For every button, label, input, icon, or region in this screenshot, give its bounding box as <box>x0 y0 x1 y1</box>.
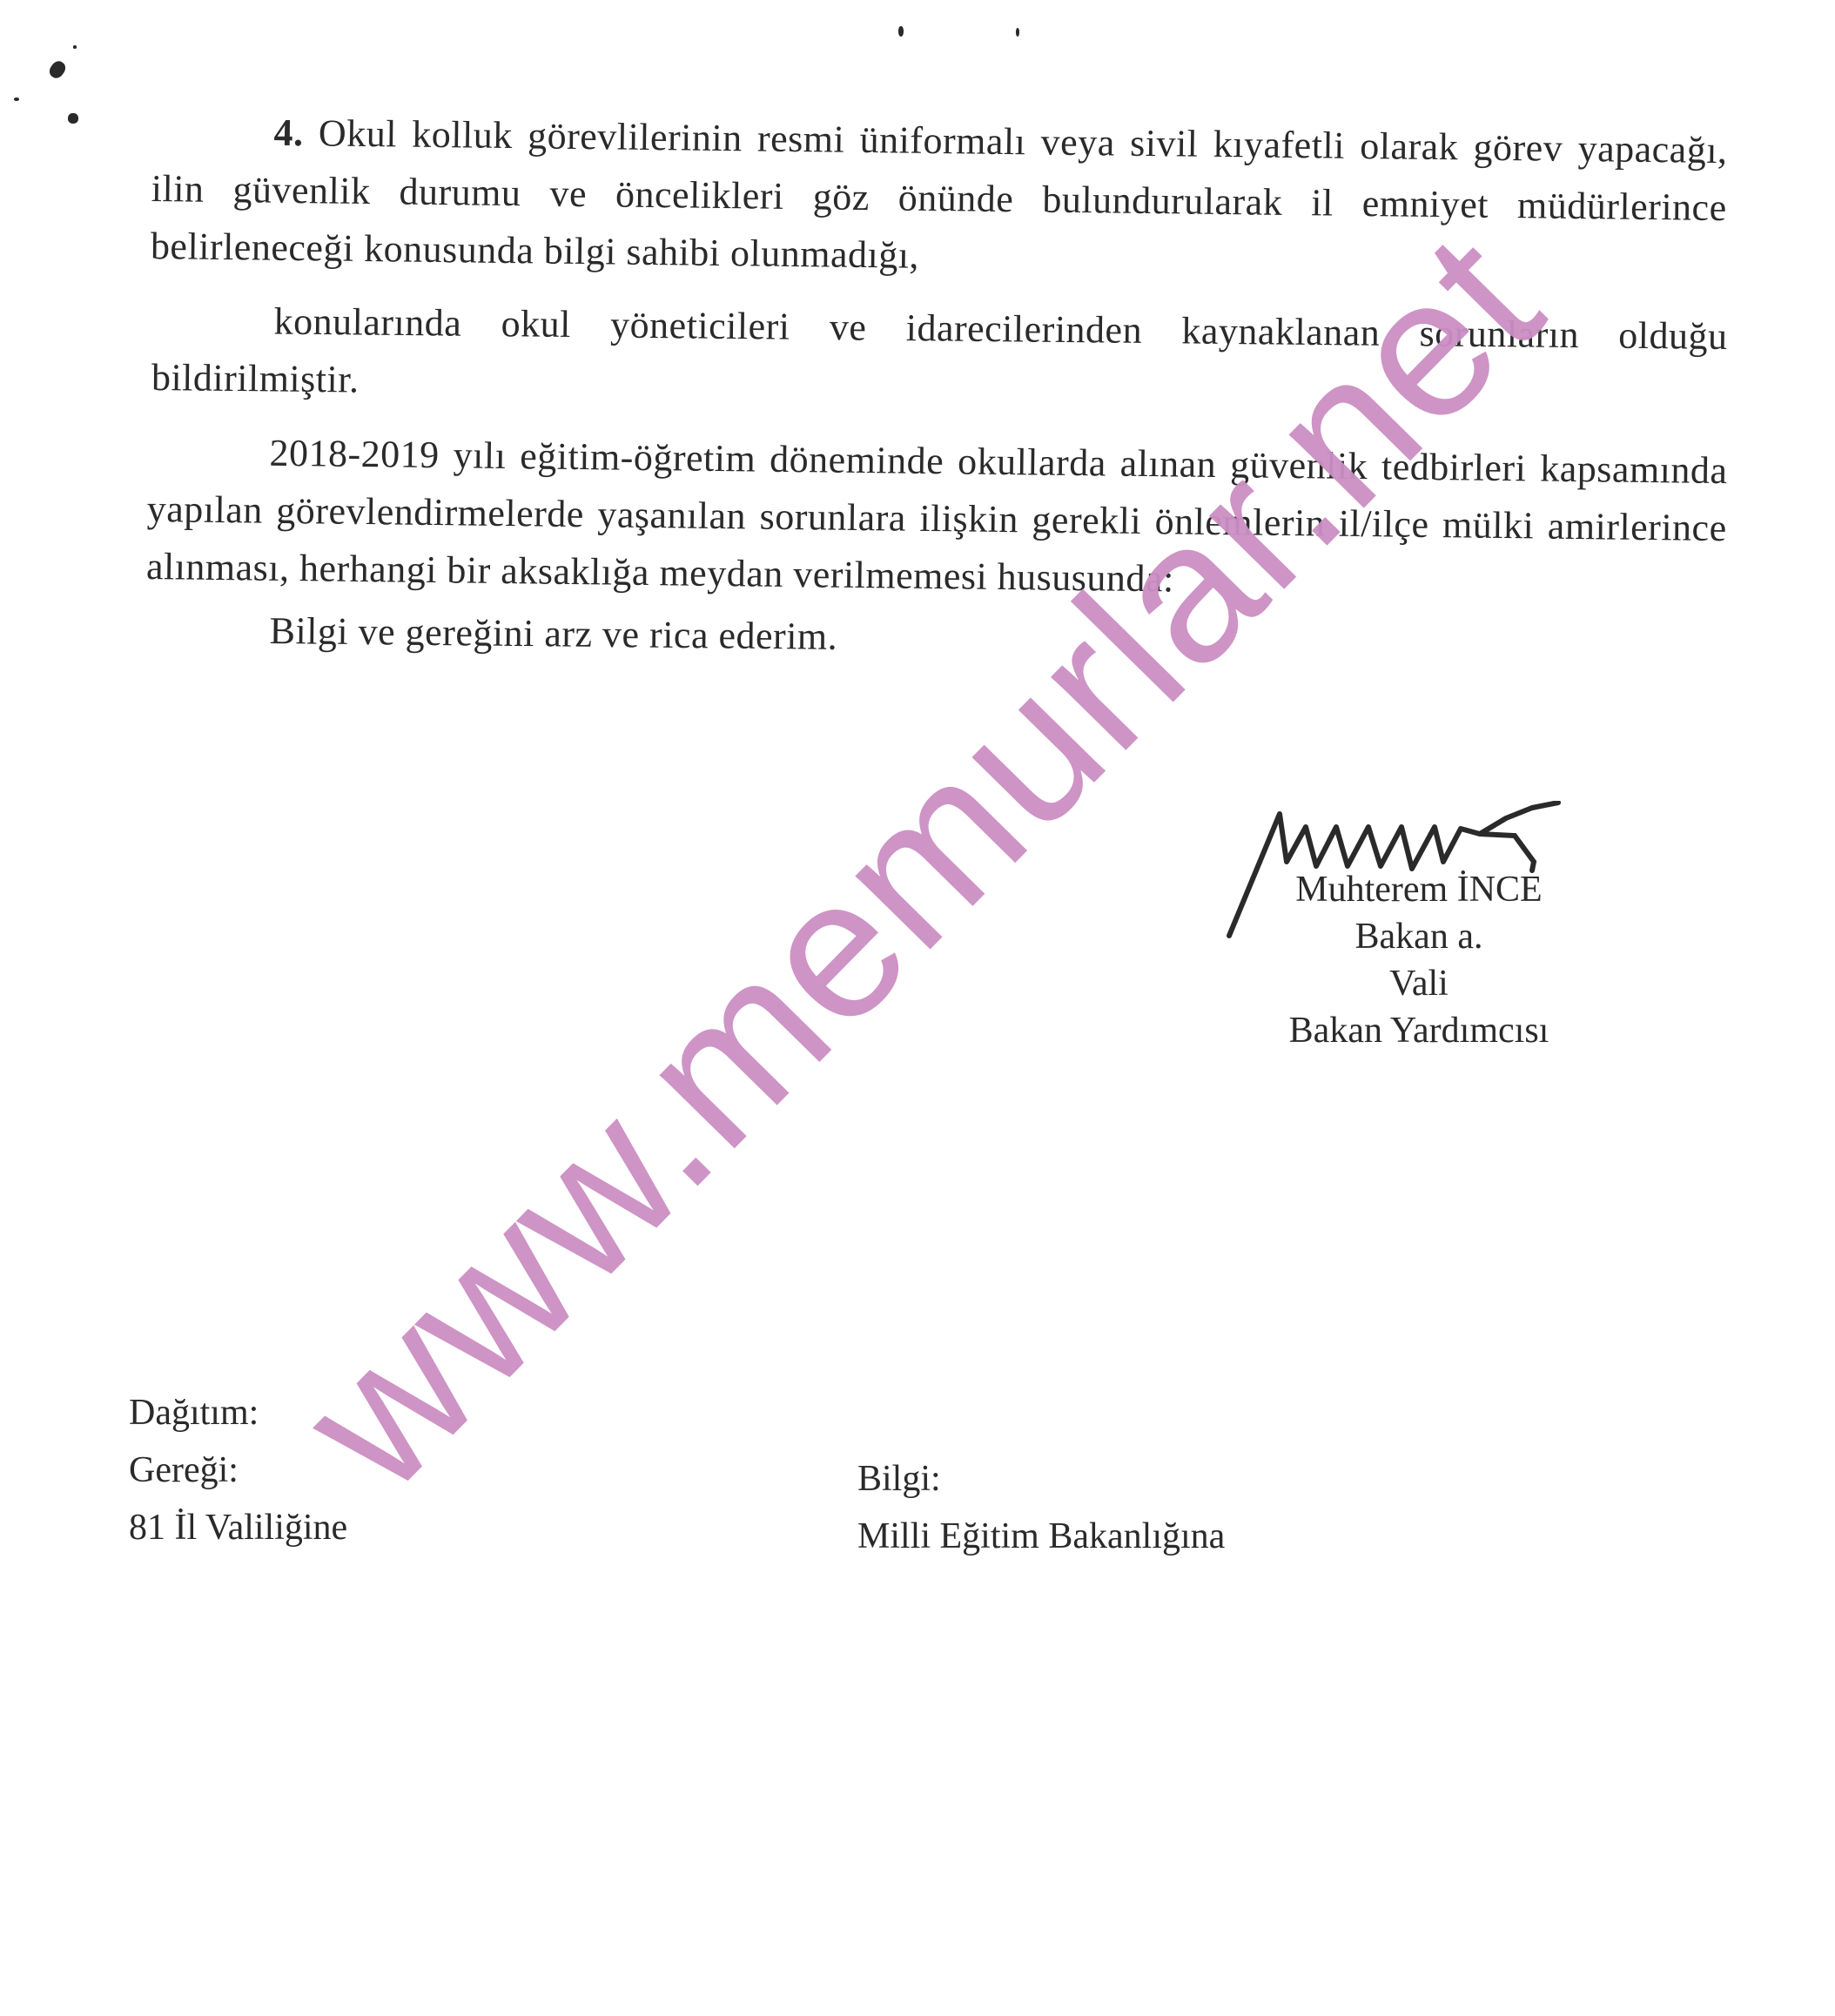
signatory-title: Bakan Yardımcısı <box>1210 1007 1628 1054</box>
scan-speck <box>68 113 78 124</box>
info-label: Bilgi: <box>857 1450 1225 1508</box>
action-recipient: 81 İl Valiliğine <box>129 1499 347 1556</box>
scan-speck <box>898 26 904 37</box>
signatory-line-1: Bakan a. <box>1262 913 1576 960</box>
info-block: Bilgi: Milli Eğitim Bakanlığına <box>857 1450 1225 1565</box>
scan-speck <box>47 58 69 81</box>
indent <box>151 144 273 145</box>
signatory-name: Muhterem İNCE <box>1262 866 1576 913</box>
issues-text: konularında okul yöneticileri ve idareci… <box>151 299 1728 400</box>
indent <box>152 333 274 333</box>
signatory-line-2: Vali <box>1262 960 1576 1007</box>
request-text: 2018-2019 yılı eğitim-öğretim döneminde … <box>146 432 1728 601</box>
action-label: Gereği: <box>129 1441 347 1499</box>
closing-line: Bilgi ve gereğini arz ve rica ederim. <box>269 602 837 666</box>
info-recipient: Milli Eğitim Bakanlığına <box>857 1508 1225 1565</box>
distribution-block: Dağıtım: Gereği: 81 İl Valiliğine <box>129 1384 347 1556</box>
scan-speck <box>73 45 77 49</box>
request-paragraph: 2018-2019 yılı eğitim-öğretim döneminde … <box>146 423 1728 615</box>
item-4-text: Okul kolluk görevlilerinin resmi üniform… <box>151 111 1728 276</box>
indent <box>147 464 269 466</box>
scan-speck <box>14 97 19 101</box>
item-number: 4. <box>273 111 304 154</box>
distribution-heading: Dağıtım: <box>129 1384 347 1441</box>
item-4-paragraph: 4. Okul kolluk görevlilerinin resmi ünif… <box>151 103 1728 294</box>
document-page: 4. Okul kolluk görevlilerinin resmi ünif… <box>0 0 1835 2016</box>
scan-speck <box>1016 28 1019 37</box>
issues-paragraph: konularında okul yöneticileri ve idareci… <box>151 292 1728 423</box>
signature-block: Muhterem İNCE Bakan a. Vali Bakan Yardım… <box>1262 866 1576 1054</box>
